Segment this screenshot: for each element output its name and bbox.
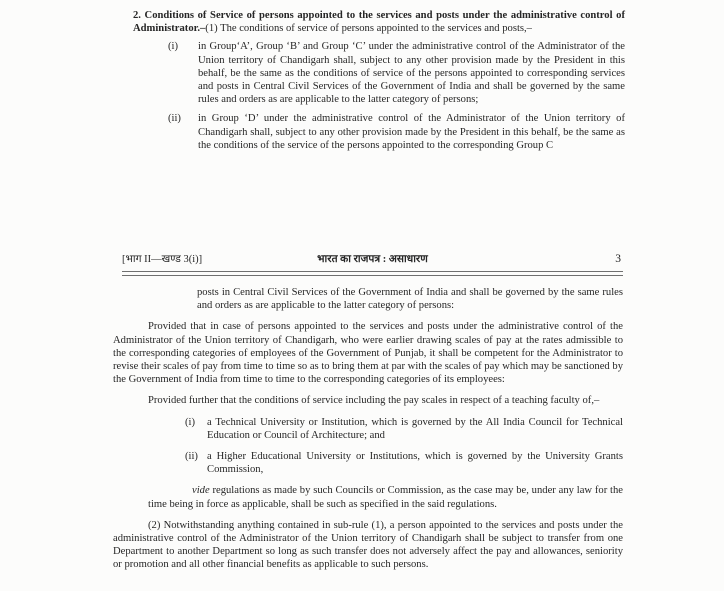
faculty-item-ii: (ii) a Higher Educational University or …	[113, 450, 623, 476]
second-proviso-paragraph: Provided further that the conditions of …	[113, 394, 623, 407]
clause-ii-text: in Group ‘D’ under the administrative co…	[198, 112, 625, 152]
previous-page-bottom: 2. Conditions of Service of persons appo…	[133, 9, 625, 158]
header-double-rule	[122, 271, 623, 276]
clause-ii-group-d: (ii) in Group ‘D’ under the administrati…	[133, 112, 625, 152]
clause-i-group-abc: (i) in Group‘A’, Group ‘B’ and Group ‘C’…	[133, 40, 625, 106]
clause-continuation-text: posts in Central Civil Services of the G…	[197, 286, 623, 312]
clause-i-text: in Group‘A’, Group ‘B’ and Group ‘C’ und…	[198, 40, 625, 106]
current-page-body: posts in Central Civil Services of the G…	[113, 286, 623, 580]
clause-i-label: (i)	[168, 40, 178, 53]
page-number: 3	[615, 251, 621, 267]
rule-2-heading: 2. Conditions of Service of persons appo…	[133, 9, 625, 35]
first-proviso-paragraph: Provided that in case of persons appoint…	[113, 320, 623, 386]
faculty-item-i-text: a Technical University or Institution, w…	[207, 416, 623, 442]
vide-regulations-paragraph: vide regulations as made by such Council…	[148, 484, 623, 510]
gazette-document-page: 2. Conditions of Service of persons appo…	[0, 0, 724, 591]
running-header: [भाग II—खण्ड 3(i)] भारत का राजपत्र : असा…	[122, 252, 623, 268]
sub-rule-2-paragraph: (2) Notwithstanding anything contained i…	[113, 519, 623, 572]
faculty-item-i-label: (i)	[185, 416, 195, 429]
vide-word-italic: vide	[192, 485, 210, 496]
part-section-label: [भाग II—खण्ड 3(i)]	[122, 252, 202, 268]
faculty-item-i: (i) a Technical University or Institutio…	[113, 416, 623, 442]
faculty-item-ii-text: a Higher Educational University or Insti…	[207, 450, 623, 476]
faculty-item-ii-label: (ii)	[185, 450, 198, 463]
clause-ii-label: (ii)	[168, 112, 181, 125]
vide-paragraph-rest: regulations as made by such Councils or …	[148, 485, 623, 509]
rule-2-heading-rest: (1) The conditions of service of persons…	[205, 23, 532, 34]
